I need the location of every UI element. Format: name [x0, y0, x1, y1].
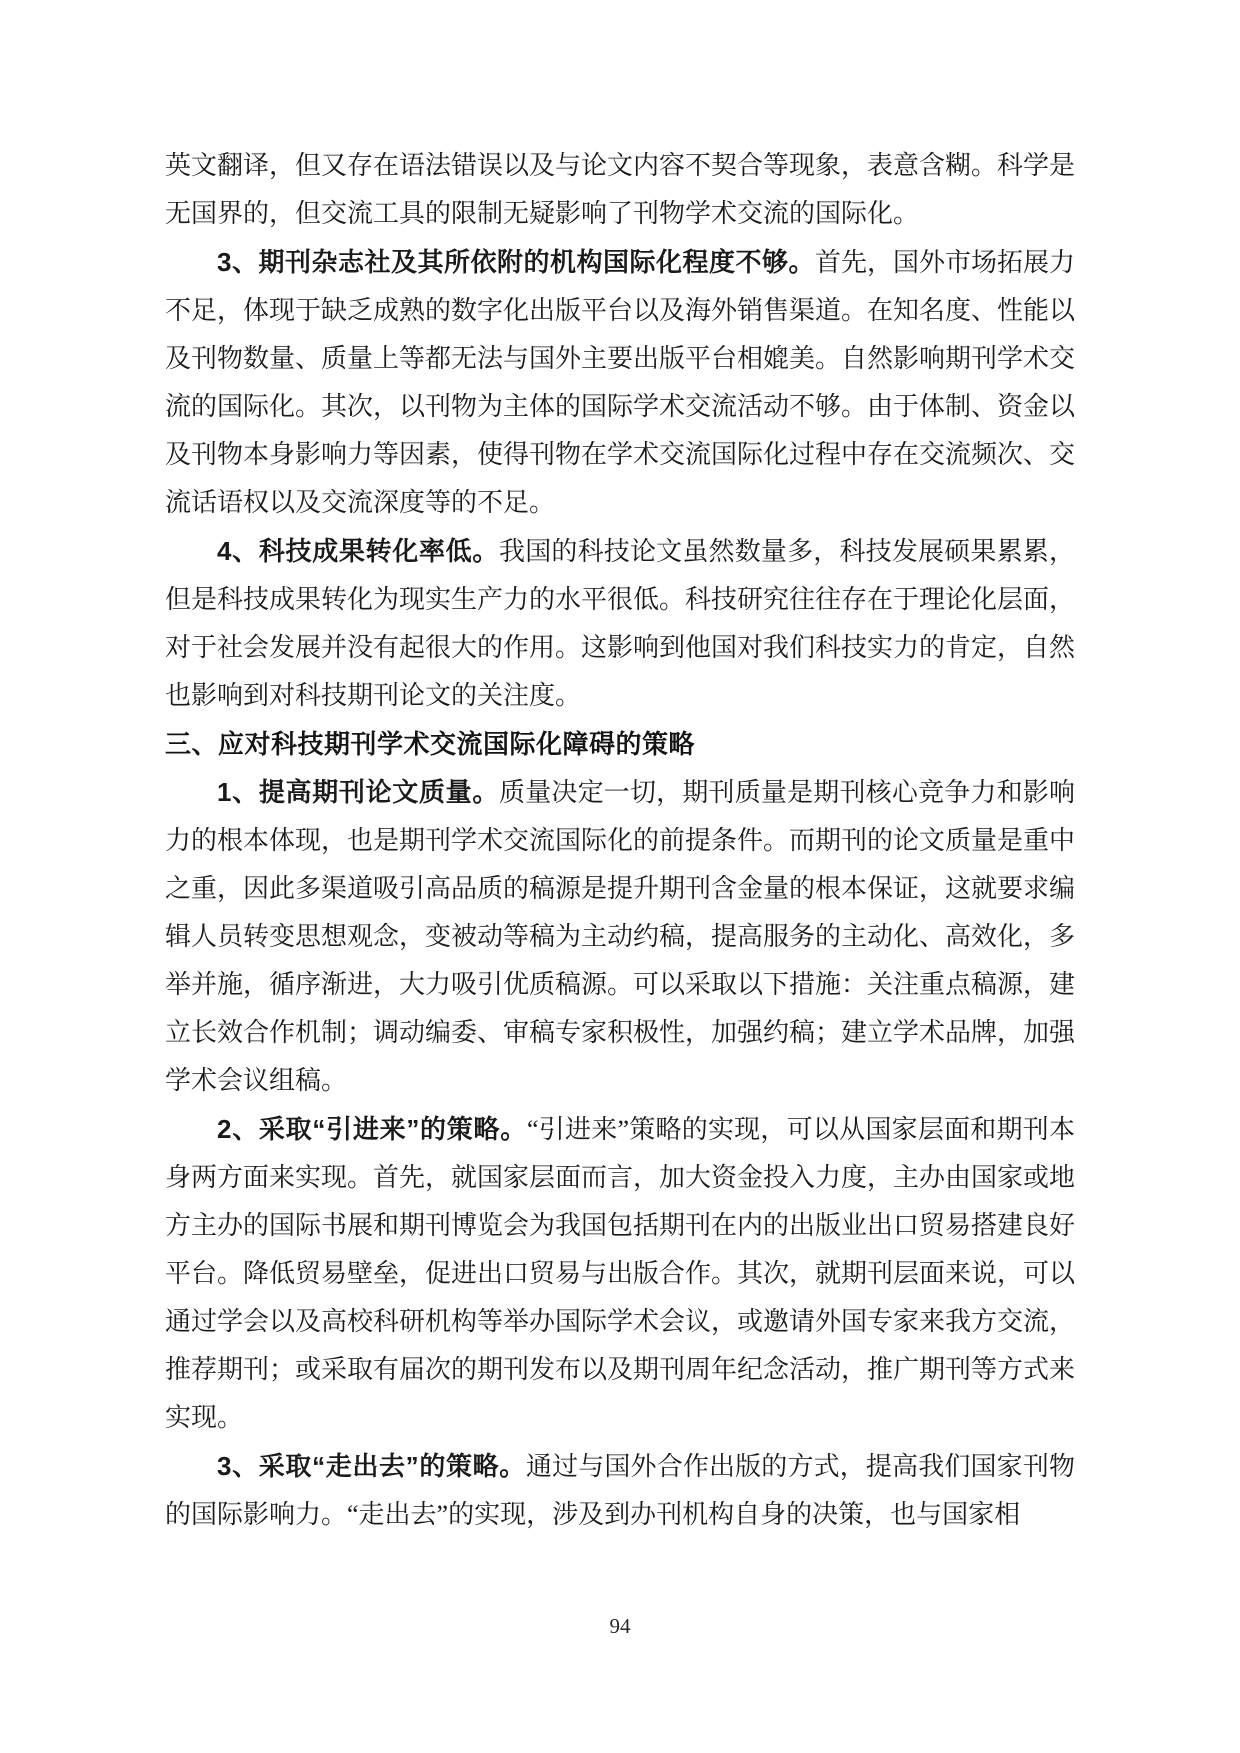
- paragraph-text: 首先，国外市场拓展力不足，体现于缺乏成熟的数字化出版平台以及海外销售渠道。在知名…: [165, 248, 1075, 517]
- paragraph-text: 英文翻译，但又存在语法错误以及与论文内容不契合等现象，表意含糊。科学是无国界的，…: [165, 151, 1075, 228]
- document-content: 英文翻译，但又存在语法错误以及与论文内容不契合等现象，表意含糊。科学是无国界的，…: [165, 142, 1075, 1539]
- page-number: 94: [0, 1612, 1240, 1640]
- document-page: 英文翻译，但又存在语法错误以及与论文内容不契合等现象，表意含糊。科学是无国界的，…: [0, 0, 1240, 1753]
- paragraph: 2、采取“引进来”的策略。“引进来”策略的实现，可以从国家层面和期刊本身两方面来…: [165, 1105, 1075, 1442]
- paragraph-lead: 3、采取“走出去”的策略。: [217, 1451, 526, 1481]
- paragraph-lead: 3、期刊杂志社及其所依附的机构国际化程度不够。: [217, 247, 815, 277]
- paragraph: 4、科技成果转化率低。我国的科技论文虽然数量多，科技发展硕果累累，但是科技成果转…: [165, 527, 1075, 720]
- paragraph-text: 质量决定一切，期刊质量是期刊核心竞争力和影响力的根本体现，也是期刊学术交流国际化…: [165, 778, 1075, 1095]
- paragraph-lead: 2、采取“引进来”的策略。: [217, 1114, 527, 1144]
- paragraph-text: “引进来”策略的实现，可以从国家层面和期刊本身两方面来实现。首先，就国家层面而言…: [165, 1115, 1075, 1432]
- paragraph-lead: 4、科技成果转化率低。: [217, 536, 499, 566]
- paragraph: 3、采取“走出去”的策略。通过与国外合作出版的方式，提高我们国家刊物的国际影响力…: [165, 1442, 1075, 1539]
- paragraph: 英文翻译，但又存在语法错误以及与论文内容不契合等现象，表意含糊。科学是无国界的，…: [165, 142, 1075, 238]
- paragraph-lead: 1、提高期刊论文质量。: [217, 777, 499, 807]
- paragraph: 3、期刊杂志社及其所依附的机构国际化程度不够。首先，国外市场拓展力不足，体现于缺…: [165, 238, 1075, 527]
- section-heading: 三、应对科技期刊学术交流国际化障碍的策略: [165, 720, 1075, 768]
- paragraph: 1、提高期刊论文质量。质量决定一切，期刊质量是期刊核心竞争力和影响力的根本体现，…: [165, 768, 1075, 1105]
